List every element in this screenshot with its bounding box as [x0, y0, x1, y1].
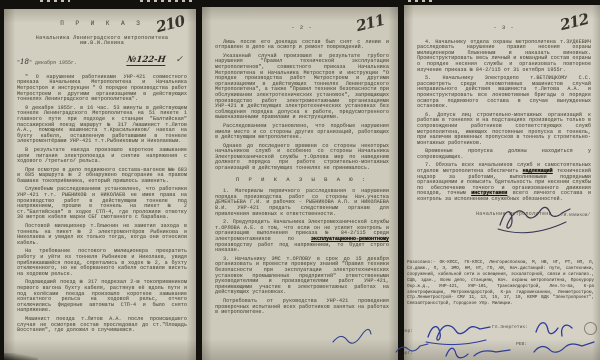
body-paragraph: При осмотре в депо подвижного состава-ва… [17, 168, 187, 185]
body-paragraph: Машинист поезда т.Литов А.А. после проис… [17, 317, 187, 334]
order-number-handwritten: №122-Н [126, 55, 166, 66]
page-1: 210 П Р И К А З Начальника Ленинградског… [4, 9, 196, 360]
top-edge-specks [140, 0, 195, 2]
decree-item-2: 2. Предупредить Начальника Электромехани… [215, 220, 389, 254]
body-paragraph: Постовой милиционер т.Плыкнин не заметил… [17, 224, 187, 246]
approval-checkmark: ✓ [175, 55, 183, 65]
decree-item-4: 4. Начальнику отдела охраны метрополитен… [417, 40, 591, 74]
order-number-block: №122-Н✓ [127, 55, 183, 66]
signatory-name: /И.Новиков/ [561, 213, 590, 218]
body-paragraph: Служебным расследованием установлено, чт… [17, 187, 187, 221]
body-paragraph: Однако до последнего времени со стороны … [215, 144, 389, 172]
order-subject: " О нарушении работниками УНР-421 совмес… [17, 75, 187, 103]
body-paragraph: 9 декабря 1955г. в 16 час. 53 минуты в д… [17, 106, 187, 145]
footer-signatures-ink [328, 312, 600, 360]
body-paragraph: На требование постового милиционера прек… [17, 249, 187, 277]
order-date-row: "18" декабря 1955г. №122-Н✓ [17, 55, 183, 66]
page-2: 211 - 2 - Лишь после его доклада состав … [202, 7, 398, 360]
page-3: 212 - 3 - 4. Начальнику отдела охраны ме… [404, 5, 600, 360]
decree-item-5: 5. Начальнику Электродепо т.ВЕТЛИЦКОМУ С… [417, 76, 591, 110]
scanned-document-spread: 210 П Р И К А З Начальника Ленинградског… [0, 0, 600, 360]
scan-shadow-edge [4, 353, 38, 360]
distribution-list: Разослано:- ОК-КПСС, ГК-КПСС, Ленгориспо… [407, 260, 594, 307]
passes-note: Временные пропуска должны находиться у с… [417, 149, 591, 160]
body-paragraph: В результате наезда произошло короткое з… [17, 148, 187, 165]
handwritten-date-day: 18 [20, 58, 29, 66]
decree-heading: П Р И К А З Ы В А Ю : [215, 177, 389, 183]
body-paragraph: Расследованием установлено, что подобные… [215, 124, 389, 141]
decree-item-7: 7. Обязать всех начальников служб и само… [417, 163, 591, 202]
body-paragraph: Указанный случай произошел в результате … [215, 54, 389, 121]
body-paragraph: Лишь после его доклада состав был снят с… [215, 40, 389, 51]
decree-item-1: 1. Материалы первичного расследования о … [215, 189, 389, 217]
chief-signature-ink [494, 199, 572, 239]
order-issuer: Начальника Ленинградского метрополитена … [17, 36, 187, 47]
body-paragraph: Подошедший поезд № 317 подрезал 2-м токо… [17, 280, 187, 314]
top-edge-specks [40, 0, 70, 2]
top-edge-specks [408, 0, 436, 2]
order-date: "18" декабря 1955г. [17, 58, 77, 66]
decree-item-3: 3. Начальнику ЭМС т.ОРЛОВУ в срок до 15 … [215, 257, 389, 296]
decree-item-6: 6. Допуск лиц строительно-монтажных орга… [417, 113, 591, 147]
